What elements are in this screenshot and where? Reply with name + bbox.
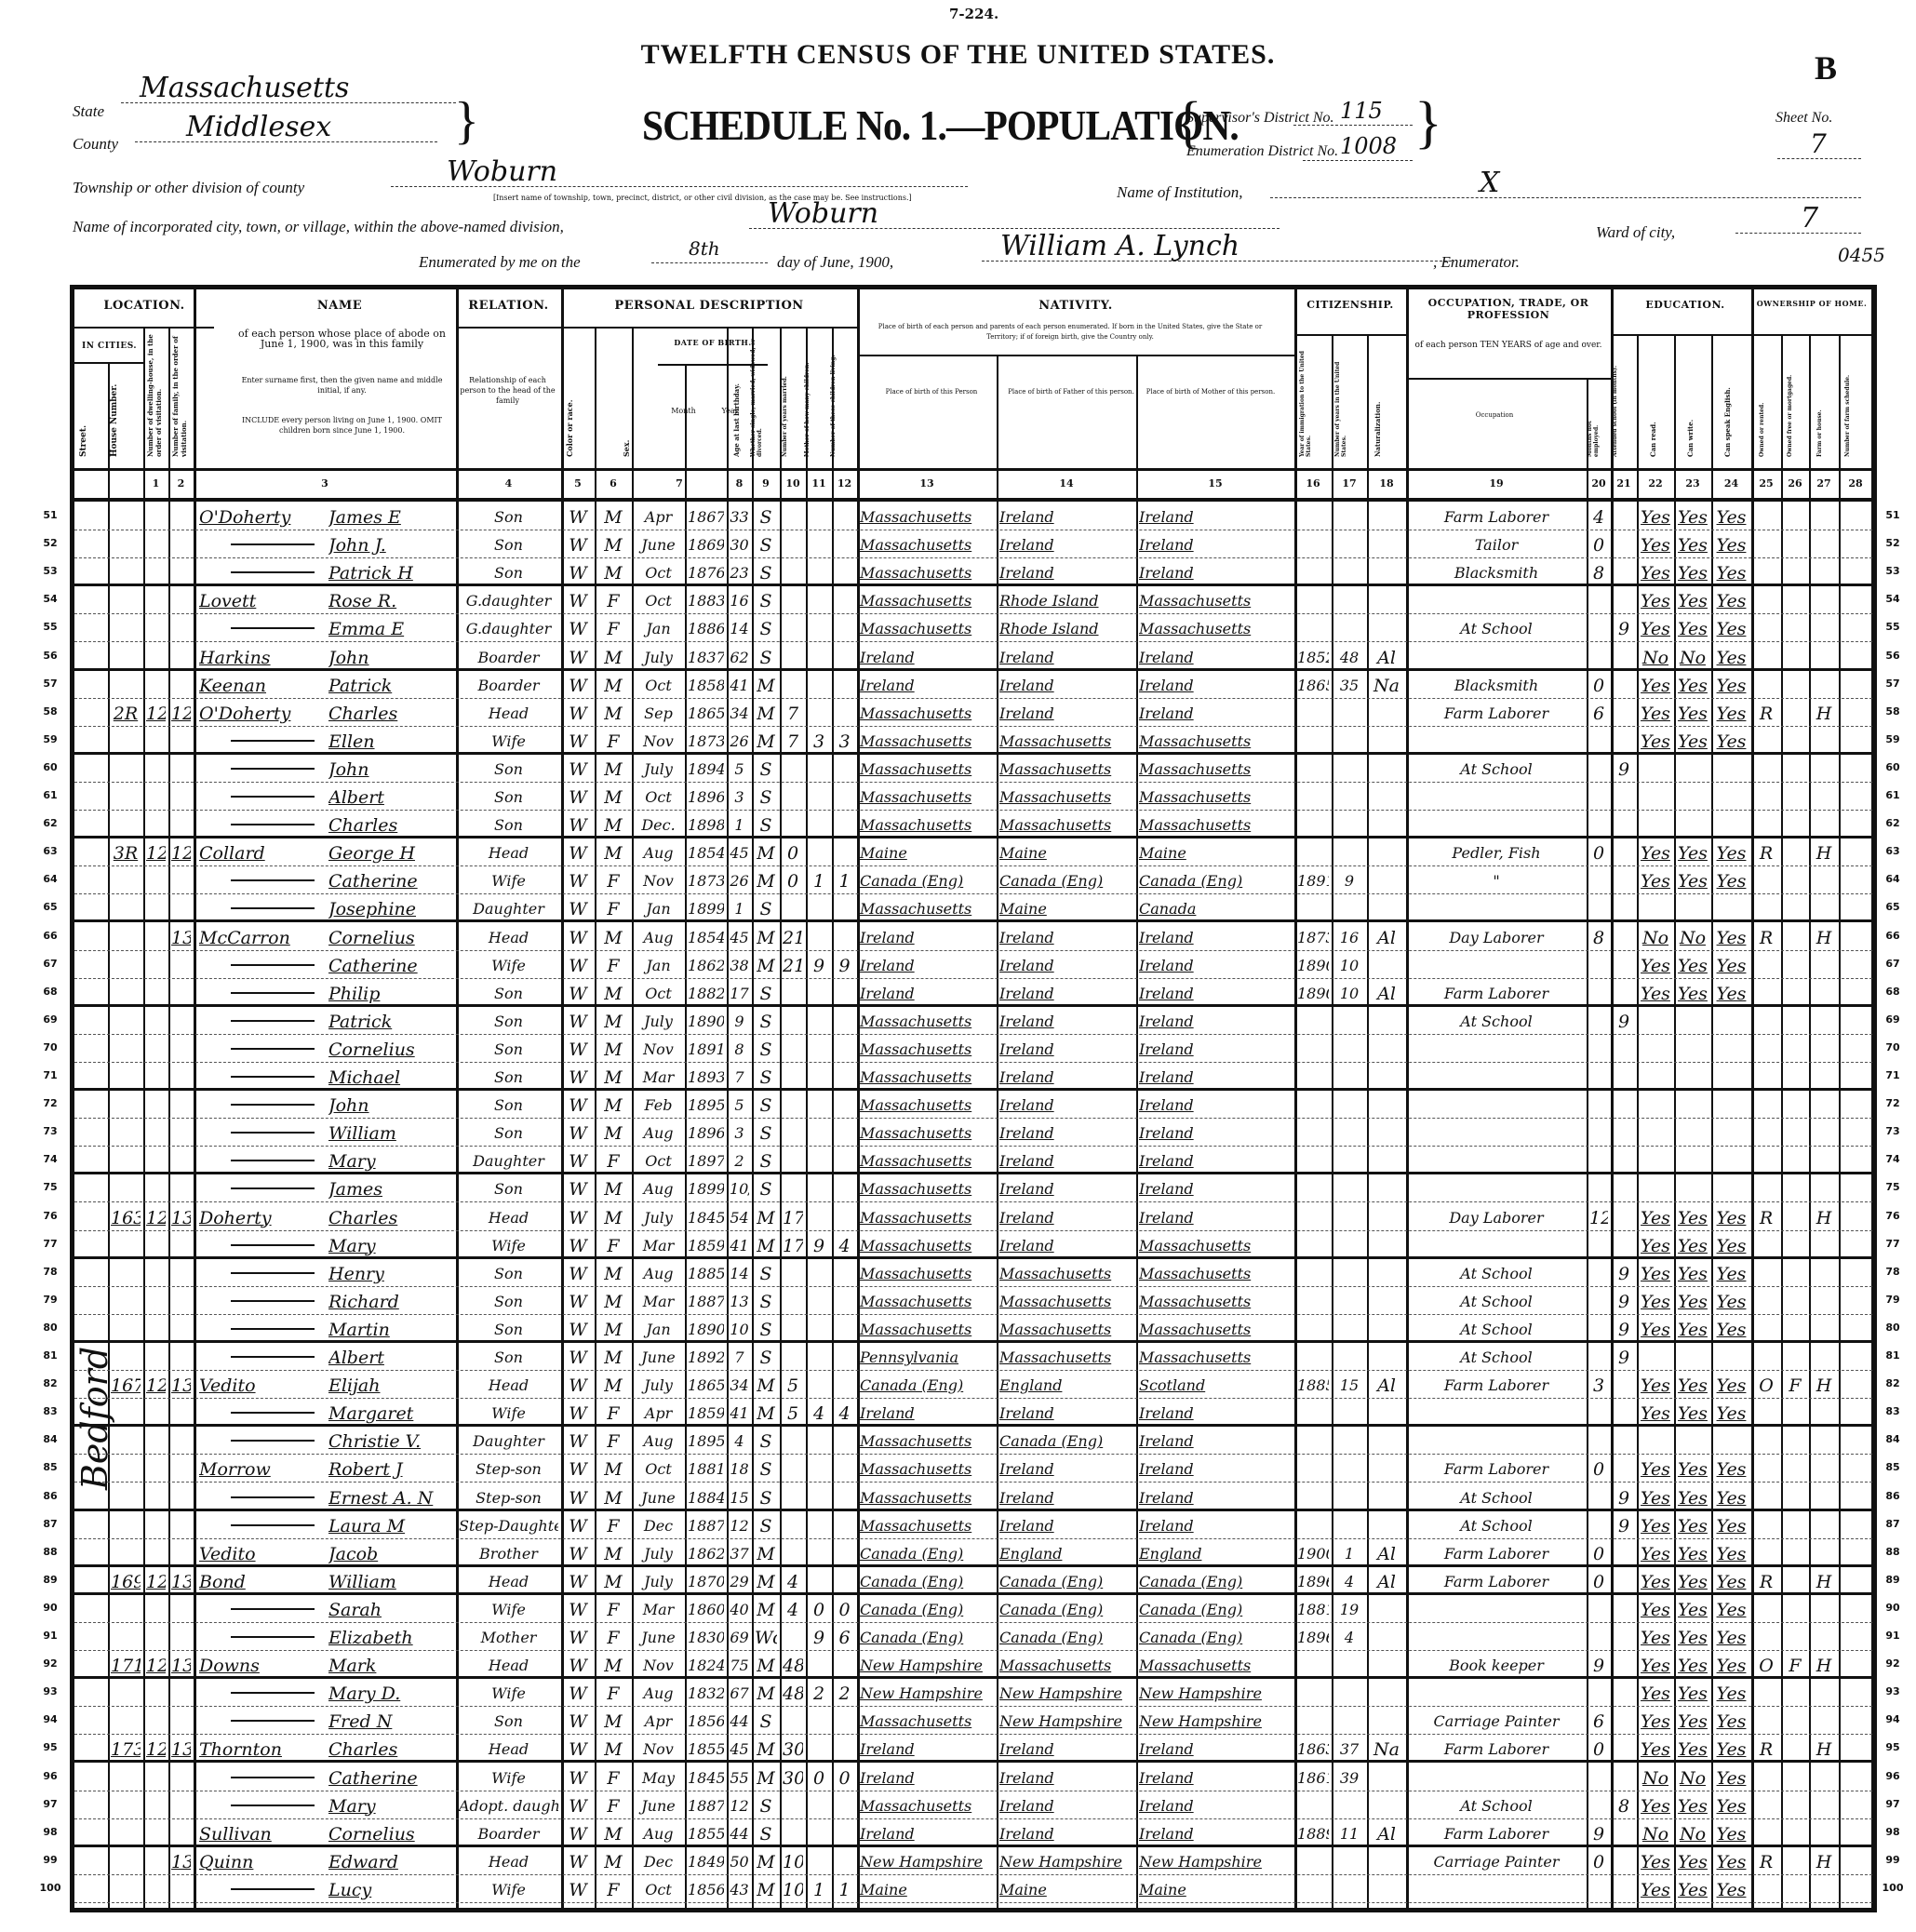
house-cell[interactable]	[111, 670, 141, 698]
unemp-cell[interactable]	[1589, 1090, 1608, 1118]
age-cell[interactable]: 30	[730, 530, 749, 557]
occ-cell[interactable]	[1409, 782, 1584, 810]
nat-cell[interactable]	[1370, 1314, 1403, 1342]
school-cell[interactable]	[1614, 838, 1634, 865]
ym-cell[interactable]	[783, 1034, 803, 1062]
family-cell[interactable]	[171, 1426, 191, 1454]
table-row[interactable]: Christie V.DaughterWFAug18954SMassachuse…	[74, 1426, 1872, 1455]
sex-cell[interactable]: M	[597, 1286, 629, 1314]
bp-cell[interactable]: Canada (Eng)	[860, 1370, 994, 1398]
marital-cell[interactable]: M	[755, 1202, 777, 1230]
nat-cell[interactable]	[1370, 1146, 1403, 1174]
yus-cell[interactable]	[1334, 585, 1364, 613]
sex-cell[interactable]: M	[597, 922, 629, 950]
bp-cell[interactable]: Ireland	[860, 950, 994, 978]
year-cell[interactable]: 1865	[688, 1370, 724, 1398]
year-cell[interactable]: 1856	[688, 1874, 724, 1902]
family-cell[interactable]	[171, 1314, 191, 1342]
eng-cell[interactable]	[1714, 893, 1749, 921]
fs-cell[interactable]	[1842, 1706, 1869, 1734]
moc-cell[interactable]	[809, 1734, 829, 1762]
street-cell[interactable]	[77, 642, 105, 670]
fm-cell[interactable]	[1784, 502, 1806, 530]
color-cell[interactable]: W	[564, 865, 592, 893]
bf-cell[interactable]: Ireland	[999, 1230, 1133, 1258]
bf-cell[interactable]: New Hampshire	[999, 1678, 1133, 1706]
month-cell[interactable]: Aug	[635, 1678, 682, 1706]
age-cell[interactable]: 18	[730, 1454, 749, 1482]
sex-cell[interactable]: F	[597, 613, 629, 641]
family-cell[interactable]	[171, 1483, 191, 1510]
month-cell[interactable]: Jan	[635, 893, 682, 921]
write-cell[interactable]: Yes	[1677, 613, 1708, 641]
nat-cell[interactable]	[1370, 1426, 1403, 1454]
street-cell[interactable]	[77, 1622, 105, 1650]
cl-cell[interactable]	[835, 1483, 854, 1510]
occ-cell[interactable]	[1409, 950, 1584, 978]
moc-cell[interactable]	[809, 1118, 829, 1146]
eng-cell[interactable]: Yes	[1714, 838, 1749, 865]
given-name-cell[interactable]: William	[328, 1118, 454, 1146]
fs-cell[interactable]	[1842, 1342, 1869, 1370]
write-cell[interactable]: Yes	[1677, 1622, 1708, 1650]
yus-cell[interactable]: 4	[1334, 1566, 1364, 1594]
fm-cell[interactable]	[1784, 1342, 1806, 1370]
imm-cell[interactable]	[1297, 1258, 1329, 1286]
dwelling-cell[interactable]	[146, 1062, 166, 1090]
cl-cell[interactable]	[835, 1426, 854, 1454]
dwelling-cell[interactable]	[146, 1230, 166, 1258]
year-cell[interactable]: 1896	[688, 1118, 724, 1146]
cl-cell[interactable]	[835, 1090, 854, 1118]
house-cell[interactable]: 163	[111, 1202, 141, 1230]
nat-cell[interactable]	[1370, 1791, 1403, 1818]
relation-cell[interactable]: Son	[459, 557, 558, 585]
moc-cell[interactable]	[809, 1202, 829, 1230]
write-cell[interactable]: Yes	[1677, 530, 1708, 557]
write-cell[interactable]: Yes	[1677, 698, 1708, 726]
own-cell[interactable]	[1754, 642, 1778, 670]
house-cell[interactable]	[111, 1538, 141, 1566]
read-cell[interactable]: Yes	[1640, 1398, 1671, 1426]
yus-cell[interactable]	[1334, 1034, 1364, 1062]
nat-cell[interactable]	[1370, 838, 1403, 865]
bm-cell[interactable]: Ireland	[1139, 978, 1292, 1006]
unemp-cell[interactable]	[1589, 585, 1608, 613]
moc-cell[interactable]: 4	[809, 1398, 829, 1426]
bp-cell[interactable]: Massachusetts	[860, 754, 994, 782]
dwelling-cell[interactable]	[146, 530, 166, 557]
fm-cell[interactable]	[1784, 1174, 1806, 1201]
write-cell[interactable]	[1677, 1118, 1708, 1146]
nat-cell[interactable]	[1370, 1510, 1403, 1538]
month-cell[interactable]: July	[635, 1370, 682, 1398]
dwelling-cell[interactable]	[146, 642, 166, 670]
bm-cell[interactable]: Ireland	[1139, 1510, 1292, 1538]
house-cell[interactable]: 3R	[111, 838, 141, 865]
yus-cell[interactable]	[1334, 698, 1364, 726]
sex-cell[interactable]: F	[597, 585, 629, 613]
write-cell[interactable]: Yes	[1677, 865, 1708, 893]
relation-cell[interactable]: Daughter	[459, 1426, 558, 1454]
street-cell[interactable]	[77, 1174, 105, 1201]
year-cell[interactable]: 1899	[688, 893, 724, 921]
sex-cell[interactable]: M	[597, 1538, 629, 1566]
family-cell[interactable]	[171, 893, 191, 921]
sex-cell[interactable]: M	[597, 1118, 629, 1146]
bf-cell[interactable]: Ireland	[999, 1174, 1133, 1201]
cl-cell[interactable]: 0	[835, 1594, 854, 1622]
imm-cell[interactable]	[1297, 1483, 1329, 1510]
sex-cell[interactable]: F	[597, 726, 629, 754]
marital-cell[interactable]: M	[755, 1734, 777, 1762]
cl-cell[interactable]	[835, 1538, 854, 1566]
imm-cell[interactable]	[1297, 1034, 1329, 1062]
bm-cell[interactable]: Massachusetts	[1139, 1230, 1292, 1258]
month-cell[interactable]: Nov	[635, 1034, 682, 1062]
month-cell[interactable]: July	[635, 754, 682, 782]
month-cell[interactable]: Oct	[635, 585, 682, 613]
cl-cell[interactable]	[835, 585, 854, 613]
year-cell[interactable]: 1860	[688, 1594, 724, 1622]
family-cell[interactable]	[171, 557, 191, 585]
dwelling-cell[interactable]	[146, 1874, 166, 1902]
ym-cell[interactable]	[783, 585, 803, 613]
nat-cell[interactable]: Al	[1370, 922, 1403, 950]
relation-cell[interactable]: Head	[459, 1734, 558, 1762]
dwelling-cell[interactable]	[146, 1006, 166, 1034]
dwelling-cell[interactable]	[146, 922, 166, 950]
read-cell[interactable]	[1640, 1342, 1671, 1370]
marital-cell[interactable]: M	[755, 1763, 777, 1791]
bp-cell[interactable]: Massachusetts	[860, 1062, 994, 1090]
bp-cell[interactable]: Maine	[860, 1874, 994, 1902]
surname-cell[interactable]: Collard	[199, 838, 329, 865]
house-cell[interactable]	[111, 810, 141, 838]
street-cell[interactable]	[77, 1678, 105, 1706]
marital-cell[interactable]: M	[755, 1566, 777, 1594]
fh-cell[interactable]	[1812, 585, 1836, 613]
yus-cell[interactable]	[1334, 1174, 1364, 1201]
yus-cell[interactable]: 37	[1334, 1734, 1364, 1762]
eng-cell[interactable]: Yes	[1714, 1398, 1749, 1426]
own-cell[interactable]: R	[1754, 1202, 1778, 1230]
eng-cell[interactable]: Yes	[1714, 1678, 1749, 1706]
bf-cell[interactable]: Massachusetts	[999, 1650, 1133, 1678]
color-cell[interactable]: W	[564, 642, 592, 670]
read-cell[interactable]: Yes	[1640, 1791, 1671, 1818]
year-cell[interactable]: 1845	[688, 1763, 724, 1791]
month-cell[interactable]: Apr	[635, 502, 682, 530]
fs-cell[interactable]	[1842, 1230, 1869, 1258]
write-cell[interactable]: No	[1677, 922, 1708, 950]
write-cell[interactable]: Yes	[1677, 1594, 1708, 1622]
month-cell[interactable]: Dec.	[635, 810, 682, 838]
fs-cell[interactable]	[1842, 1483, 1869, 1510]
relation-cell[interactable]: G.daughter	[459, 613, 558, 641]
fm-cell[interactable]	[1784, 1230, 1806, 1258]
marital-cell[interactable]: S	[755, 1483, 777, 1510]
moc-cell[interactable]	[809, 1510, 829, 1538]
ym-cell[interactable]	[783, 1791, 803, 1818]
eng-cell[interactable]: Yes	[1714, 726, 1749, 754]
eng-cell[interactable]: Yes	[1714, 1706, 1749, 1734]
year-cell[interactable]: 1887	[688, 1286, 724, 1314]
eng-cell[interactable]	[1714, 1006, 1749, 1034]
relation-cell[interactable]: Son	[459, 1286, 558, 1314]
own-cell[interactable]: R	[1754, 1846, 1778, 1874]
read-cell[interactable]	[1640, 1118, 1671, 1146]
ym-cell[interactable]: 0	[783, 838, 803, 865]
house-cell[interactable]	[111, 893, 141, 921]
surname-cell[interactable]: O'Doherty	[199, 698, 329, 726]
nat-cell[interactable]	[1370, 502, 1403, 530]
fs-cell[interactable]	[1842, 1763, 1869, 1791]
marital-cell[interactable]: S	[755, 1174, 777, 1201]
fm-cell[interactable]	[1784, 922, 1806, 950]
fs-cell[interactable]	[1842, 978, 1869, 1006]
dwelling-cell[interactable]	[146, 1510, 166, 1538]
yus-cell[interactable]	[1334, 1202, 1364, 1230]
occ-cell[interactable]: Farm Laborer	[1409, 1370, 1584, 1398]
bm-cell[interactable]: New Hampshire	[1139, 1846, 1292, 1874]
color-cell[interactable]: W	[564, 585, 592, 613]
bf-cell[interactable]: Ireland	[999, 1763, 1133, 1791]
color-cell[interactable]: W	[564, 698, 592, 726]
bf-cell[interactable]: Massachusetts	[999, 1286, 1133, 1314]
table-row[interactable]: 3R122129CollardGeorge HHeadWMAug185445M0…	[74, 838, 1872, 866]
nat-cell[interactable]	[1370, 585, 1403, 613]
write-cell[interactable]: Yes	[1677, 1538, 1708, 1566]
fh-cell[interactable]	[1812, 642, 1836, 670]
house-cell[interactable]	[111, 1791, 141, 1818]
unemp-cell[interactable]	[1589, 782, 1608, 810]
dwelling-cell[interactable]	[146, 782, 166, 810]
eng-cell[interactable]	[1714, 1090, 1749, 1118]
dwelling-cell[interactable]	[146, 1034, 166, 1062]
unemp-cell[interactable]: 0	[1589, 838, 1608, 865]
township-field[interactable]: Woburn	[391, 158, 968, 187]
street-cell[interactable]	[77, 838, 105, 865]
yus-cell[interactable]	[1334, 1230, 1364, 1258]
imm-cell[interactable]	[1297, 754, 1329, 782]
unemp-cell[interactable]: 0	[1589, 1566, 1608, 1594]
school-cell[interactable]	[1614, 950, 1634, 978]
year-cell[interactable]: 1858	[688, 670, 724, 698]
marital-cell[interactable]: M	[755, 1594, 777, 1622]
fs-cell[interactable]	[1842, 1566, 1869, 1594]
relation-cell[interactable]: Head	[459, 922, 558, 950]
marital-cell[interactable]: S	[755, 1342, 777, 1370]
unemp-cell[interactable]	[1589, 754, 1608, 782]
occ-cell[interactable]: Farm Laborer	[1409, 1818, 1584, 1846]
cl-cell[interactable]	[835, 978, 854, 1006]
family-cell[interactable]: 129	[171, 838, 191, 865]
unemp-cell[interactable]: 3	[1589, 1370, 1608, 1398]
imm-cell[interactable]	[1297, 530, 1329, 557]
bf-cell[interactable]: Canada (Eng)	[999, 1566, 1133, 1594]
occ-cell[interactable]: Farm Laborer	[1409, 978, 1584, 1006]
imm-cell[interactable]	[1297, 1706, 1329, 1734]
write-cell[interactable]: Yes	[1677, 1230, 1708, 1258]
family-cell[interactable]	[171, 1286, 191, 1314]
school-cell[interactable]	[1614, 1763, 1634, 1791]
color-cell[interactable]: W	[564, 1258, 592, 1286]
bp-cell[interactable]: Ireland	[860, 1734, 994, 1762]
eng-cell[interactable]: Yes	[1714, 1510, 1749, 1538]
color-cell[interactable]: W	[564, 1622, 592, 1650]
occ-cell[interactable]: Farm Laborer	[1409, 502, 1584, 530]
unemp-cell[interactable]	[1589, 1062, 1608, 1090]
imm-cell[interactable]	[1297, 1286, 1329, 1314]
ym-cell[interactable]	[783, 1286, 803, 1314]
surname-cell[interactable]: Vedito	[199, 1370, 329, 1398]
age-cell[interactable]: 67	[730, 1678, 749, 1706]
fm-cell[interactable]	[1784, 950, 1806, 978]
fm-cell[interactable]	[1784, 670, 1806, 698]
read-cell[interactable]: No	[1640, 1818, 1671, 1846]
fh-cell[interactable]: H	[1812, 1650, 1836, 1678]
yus-cell[interactable]	[1334, 726, 1364, 754]
bp-cell[interactable]: Canada (Eng)	[860, 1622, 994, 1650]
yus-cell[interactable]: 35	[1334, 670, 1364, 698]
month-cell[interactable]: July	[635, 642, 682, 670]
month-cell[interactable]: Nov	[635, 726, 682, 754]
table-row[interactable]: HenrySonWMAug188514SMassachusettsMassach…	[74, 1258, 1872, 1287]
marital-cell[interactable]: M	[755, 1398, 777, 1426]
eng-cell[interactable]: Yes	[1714, 978, 1749, 1006]
sex-cell[interactable]: M	[597, 557, 629, 585]
ym-cell[interactable]	[783, 978, 803, 1006]
moc-cell[interactable]	[809, 1174, 829, 1201]
moc-cell[interactable]	[809, 1818, 829, 1846]
color-cell[interactable]: W	[564, 1650, 592, 1678]
ym-cell[interactable]	[783, 810, 803, 838]
color-cell[interactable]: W	[564, 557, 592, 585]
read-cell[interactable]	[1640, 1006, 1671, 1034]
bf-cell[interactable]: Rhode Island	[999, 585, 1133, 613]
write-cell[interactable]: Yes	[1677, 1650, 1708, 1678]
house-cell[interactable]: 169	[111, 1566, 141, 1594]
month-cell[interactable]: Mar	[635, 1230, 682, 1258]
cl-cell[interactable]	[835, 1146, 854, 1174]
sex-cell[interactable]: M	[597, 1734, 629, 1762]
family-cell[interactable]	[171, 950, 191, 978]
month-cell[interactable]: Oct	[635, 1454, 682, 1482]
fm-cell[interactable]	[1784, 1706, 1806, 1734]
school-cell[interactable]	[1614, 1846, 1634, 1874]
cl-cell[interactable]	[835, 1034, 854, 1062]
eng-cell[interactable]: Yes	[1714, 1314, 1749, 1342]
marital-cell[interactable]: S	[755, 1791, 777, 1818]
age-cell[interactable]: 34	[730, 698, 749, 726]
age-cell[interactable]: 55	[730, 1763, 749, 1791]
relation-cell[interactable]: Head	[459, 698, 558, 726]
given-name-cell[interactable]: Mary	[328, 1791, 454, 1818]
bf-cell[interactable]: Ireland	[999, 1146, 1133, 1174]
ym-cell[interactable]: 5	[783, 1370, 803, 1398]
yus-cell[interactable]	[1334, 1874, 1364, 1902]
marital-cell[interactable]: S	[755, 1146, 777, 1174]
surname-cell[interactable]: Doherty	[199, 1202, 329, 1230]
read-cell[interactable]: Yes	[1640, 1510, 1671, 1538]
imm-cell[interactable]	[1297, 1454, 1329, 1482]
age-cell[interactable]: 1	[730, 893, 749, 921]
imm-cell[interactable]	[1297, 557, 1329, 585]
house-cell[interactable]	[111, 1314, 141, 1342]
marital-cell[interactable]: M	[755, 1650, 777, 1678]
fh-cell[interactable]: H	[1812, 1202, 1836, 1230]
occ-cell[interactable]	[1409, 1034, 1584, 1062]
ym-cell[interactable]	[783, 1818, 803, 1846]
relation-cell[interactable]: Head	[459, 1566, 558, 1594]
occ-cell[interactable]: Blacksmith	[1409, 670, 1584, 698]
school-cell[interactable]	[1614, 726, 1634, 754]
table-row[interactable]: JamesSonWMAug189910/12SMassachusettsIrel…	[74, 1174, 1872, 1202]
ym-cell[interactable]	[783, 642, 803, 670]
dwelling-cell[interactable]	[146, 1678, 166, 1706]
school-cell[interactable]	[1614, 530, 1634, 557]
imm-cell[interactable]	[1297, 1006, 1329, 1034]
own-cell[interactable]	[1754, 1314, 1778, 1342]
table-row[interactable]: SullivanCorneliusBoarderWMAug185544SIrel…	[74, 1818, 1872, 1847]
marital-cell[interactable]: S	[755, 1034, 777, 1062]
age-cell[interactable]: 10/12	[730, 1174, 749, 1201]
ward-field[interactable]: 7	[1735, 205, 1861, 234]
write-cell[interactable]	[1677, 893, 1708, 921]
sex-cell[interactable]: F	[597, 893, 629, 921]
nat-cell[interactable]: Al	[1370, 642, 1403, 670]
own-cell[interactable]	[1754, 1818, 1778, 1846]
age-cell[interactable]: 17	[730, 978, 749, 1006]
ym-cell[interactable]: 10	[783, 1874, 803, 1902]
eng-cell[interactable]: Yes	[1714, 670, 1749, 698]
bm-cell[interactable]: Ireland	[1139, 1006, 1292, 1034]
school-cell[interactable]: 9	[1614, 1483, 1634, 1510]
own-cell[interactable]	[1754, 1118, 1778, 1146]
nat-cell[interactable]	[1370, 1034, 1403, 1062]
fs-cell[interactable]	[1842, 782, 1869, 810]
table-row[interactable]: Patrick HSonWMOct187623SMassachusettsIre…	[74, 557, 1872, 586]
bm-cell[interactable]: Ireland	[1139, 642, 1292, 670]
sex-cell[interactable]: M	[597, 1454, 629, 1482]
nat-cell[interactable]: Al	[1370, 1538, 1403, 1566]
read-cell[interactable]: Yes	[1640, 1370, 1671, 1398]
occ-cell[interactable]: At School	[1409, 1006, 1584, 1034]
read-cell[interactable]: Yes	[1640, 726, 1671, 754]
family-cell[interactable]: 130	[171, 922, 191, 950]
dwelling-cell[interactable]	[146, 978, 166, 1006]
relation-cell[interactable]: Son	[459, 978, 558, 1006]
given-name-cell[interactable]: Albert	[328, 1342, 454, 1370]
bf-cell[interactable]: Maine	[999, 838, 1133, 865]
month-cell[interactable]: Mar	[635, 1286, 682, 1314]
unemp-cell[interactable]	[1589, 1034, 1608, 1062]
school-cell[interactable]	[1614, 698, 1634, 726]
read-cell[interactable]: Yes	[1640, 1202, 1671, 1230]
month-cell[interactable]: Oct	[635, 1146, 682, 1174]
color-cell[interactable]: W	[564, 1874, 592, 1902]
fs-cell[interactable]	[1842, 1538, 1869, 1566]
fm-cell[interactable]: F	[1784, 1650, 1806, 1678]
occ-cell[interactable]	[1409, 726, 1584, 754]
relation-cell[interactable]: Daughter	[459, 1146, 558, 1174]
year-cell[interactable]: 1898	[688, 810, 724, 838]
color-cell[interactable]: W	[564, 1426, 592, 1454]
own-cell[interactable]	[1754, 1678, 1778, 1706]
table-row[interactable]: ElizabethMotherWFJune183069Wd96Canada (E…	[74, 1622, 1872, 1651]
bp-cell[interactable]: Massachusetts	[860, 893, 994, 921]
